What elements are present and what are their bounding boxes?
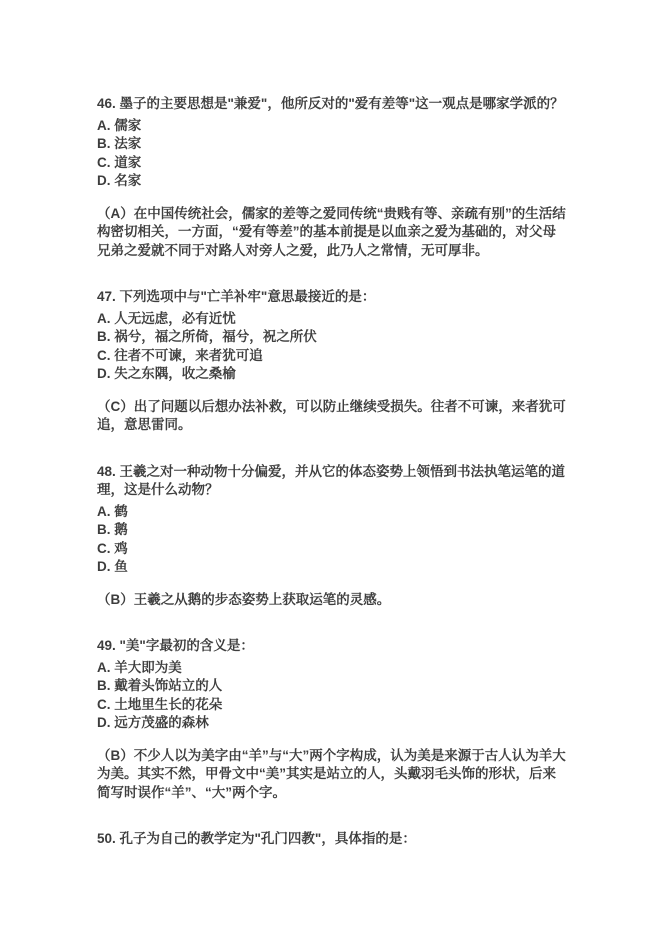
question-option-d: D. 名家 bbox=[97, 172, 568, 191]
question-option-b: B. 鹅 bbox=[97, 521, 568, 540]
question-option-b: B. 法家 bbox=[97, 135, 568, 154]
question-option-a: A. 儒家 bbox=[97, 117, 568, 136]
question-option-d: D. 鱼 bbox=[97, 558, 568, 577]
question-option-a: A. 鹤 bbox=[97, 503, 568, 522]
question-option-c: C. 土地里生长的花朵 bbox=[97, 696, 568, 715]
quiz-document: 46. 墨子的主要思想是"兼爱"，他所反对的"爱有差等"这一观点是哪家学派的？ … bbox=[97, 95, 568, 877]
question-title: 46. 墨子的主要思想是"兼爱"，他所反对的"爱有差等"这一观点是哪家学派的？ bbox=[97, 95, 568, 114]
answer-explanation: （C）出了问题以后想办法补救，可以防止继续受损失。往者不可谏，来者犹可追，意思雷… bbox=[97, 398, 568, 435]
question-block-46: 46. 墨子的主要思想是"兼爱"，他所反对的"爱有差等"这一观点是哪家学派的？ … bbox=[97, 95, 568, 260]
question-option-b: B. 祸兮，福之所倚，福兮，祝之所伏 bbox=[97, 328, 568, 347]
question-option-a: A. 人无远虑，必有近忧 bbox=[97, 310, 568, 329]
question-option-c: C. 鸡 bbox=[97, 540, 568, 559]
question-block-50: 50. 孔子为自己的教学定为"孔门四教"，具体指的是： bbox=[97, 830, 568, 849]
question-block-47: 47. 下列选项中与"亡羊补牢"意思最接近的是： A. 人无远虑，必有近忧 B.… bbox=[97, 288, 568, 435]
question-option-b: B. 戴着头饰站立的人 bbox=[97, 677, 568, 696]
question-option-a: A. 羊大即为美 bbox=[97, 659, 568, 678]
question-option-d: D. 失之东隅，收之桑榆 bbox=[97, 365, 568, 384]
question-title: 48. 王羲之对一种动物十分偏爱，并从它的体态姿势上领悟到书法执笔运笔的道理，这… bbox=[97, 463, 568, 500]
question-block-48: 48. 王羲之对一种动物十分偏爱，并从它的体态姿势上领悟到书法执笔运笔的道理，这… bbox=[97, 463, 568, 610]
question-block-49: 49. "美"字最初的含义是： A. 羊大即为美 B. 戴着头饰站立的人 C. … bbox=[97, 637, 568, 802]
question-title: 47. 下列选项中与"亡羊补牢"意思最接近的是： bbox=[97, 288, 568, 307]
question-title: 49. "美"字最初的含义是： bbox=[97, 637, 568, 656]
question-option-d: D. 远方茂盛的森林 bbox=[97, 714, 568, 733]
question-title: 50. 孔子为自己的教学定为"孔门四教"，具体指的是： bbox=[97, 830, 568, 849]
answer-explanation: （B）不少人以为美字由“羊”与“大”两个字构成，认为美是来源于古人认为羊大为美。… bbox=[97, 747, 568, 803]
answer-explanation: （B）王羲之从鹅的步态姿势上获取运笔的灵感。 bbox=[97, 591, 568, 610]
question-option-c: C. 道家 bbox=[97, 154, 568, 173]
answer-explanation: （A）在中国传统社会，儒家的差等之爱同传统“贵贱有等、亲疏有别”的生活结构密切相… bbox=[97, 205, 568, 261]
question-option-c: C. 往者不可谏，来者犹可追 bbox=[97, 347, 568, 366]
